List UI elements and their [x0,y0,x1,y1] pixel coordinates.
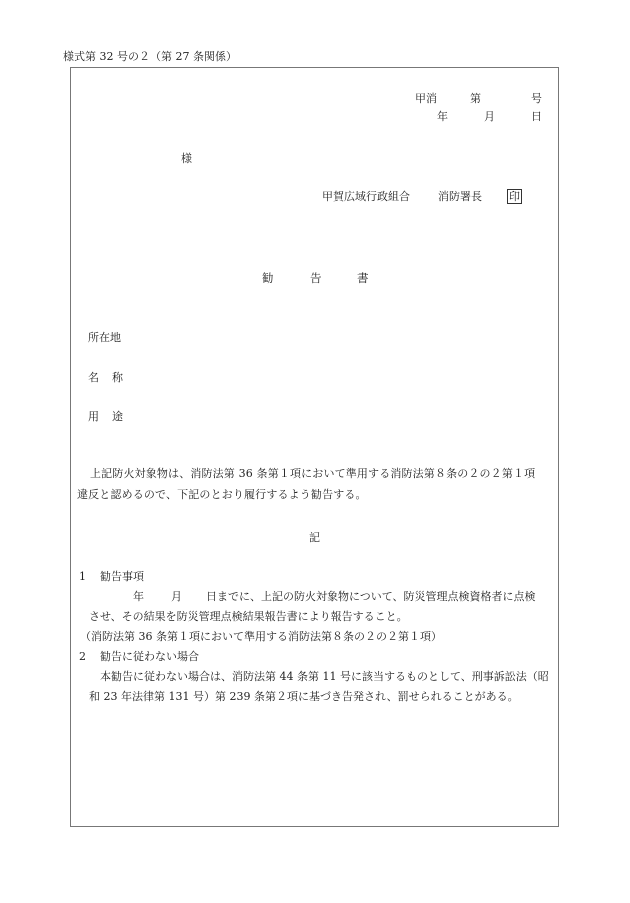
doc-number-dai: 第 [470,92,481,106]
title-char-3: 書 [357,271,369,285]
title-char-2: 告 [310,271,322,285]
date-day: 日 [531,110,542,124]
section-1-date-month: 月 [171,590,182,604]
field-use-label-a: 用 [88,410,99,424]
section-1-line-1-rest: 日までに、上記の防火対象物について、防災管理点検資格者に点検 [206,590,536,604]
body-line-2: 違反と認めるので、下記のとおり履行するよう勧告する。 [77,484,367,505]
date-year: 年 [437,110,448,124]
section-1-heading: 勧告事項 [100,570,144,584]
date-month: 月 [484,110,495,124]
document-frame [70,67,559,827]
section-2-line-2: 和 23 年法律第 131 号）第 239 条第２項に基づき告発され、罰せられる… [89,690,519,704]
addressee-suffix: 様 [181,152,192,166]
field-name-label-b: 称 [112,371,123,385]
doc-number-prefix: 甲消 [415,92,437,106]
section-1-date-year: 年 [133,590,144,604]
form-label: 様式第 32 号の２（第 27 条関係） [63,50,237,64]
issuer-title: 消防署長 [438,190,482,204]
doc-number-go: 号 [531,92,542,106]
field-use-label-b: 途 [112,410,123,424]
title-char-1: 勧 [262,271,274,285]
section-1-number: 1 [79,570,86,584]
seal-box: 印 [507,189,522,204]
section-2-line-1: 本勧告に従わない場合は、消防法第 44 条第 11 号に該当するものとして、刑事… [100,670,549,684]
seal-mark: 印 [507,189,522,204]
field-name-label-a: 名 [88,371,99,385]
field-location-label: 所在地 [88,331,121,345]
section-2-heading: 勧告に従わない場合 [100,650,199,664]
section-2-number: 2 [79,650,86,664]
section-1-note: （消防法第 36 条第１項において準用する消防法第８条の２の２第１項） [80,630,442,644]
body-line-1: 上記防火対象物は、消防法第 36 条第１項において準用する消防法第８条の２の２第… [90,463,535,484]
ki-heading: 記 [309,531,320,545]
issuer-organization: 甲賀広域行政組合 [322,190,410,204]
section-1-line-2: させ、その結果を防災管理点検結果報告書により報告すること。 [89,610,408,624]
